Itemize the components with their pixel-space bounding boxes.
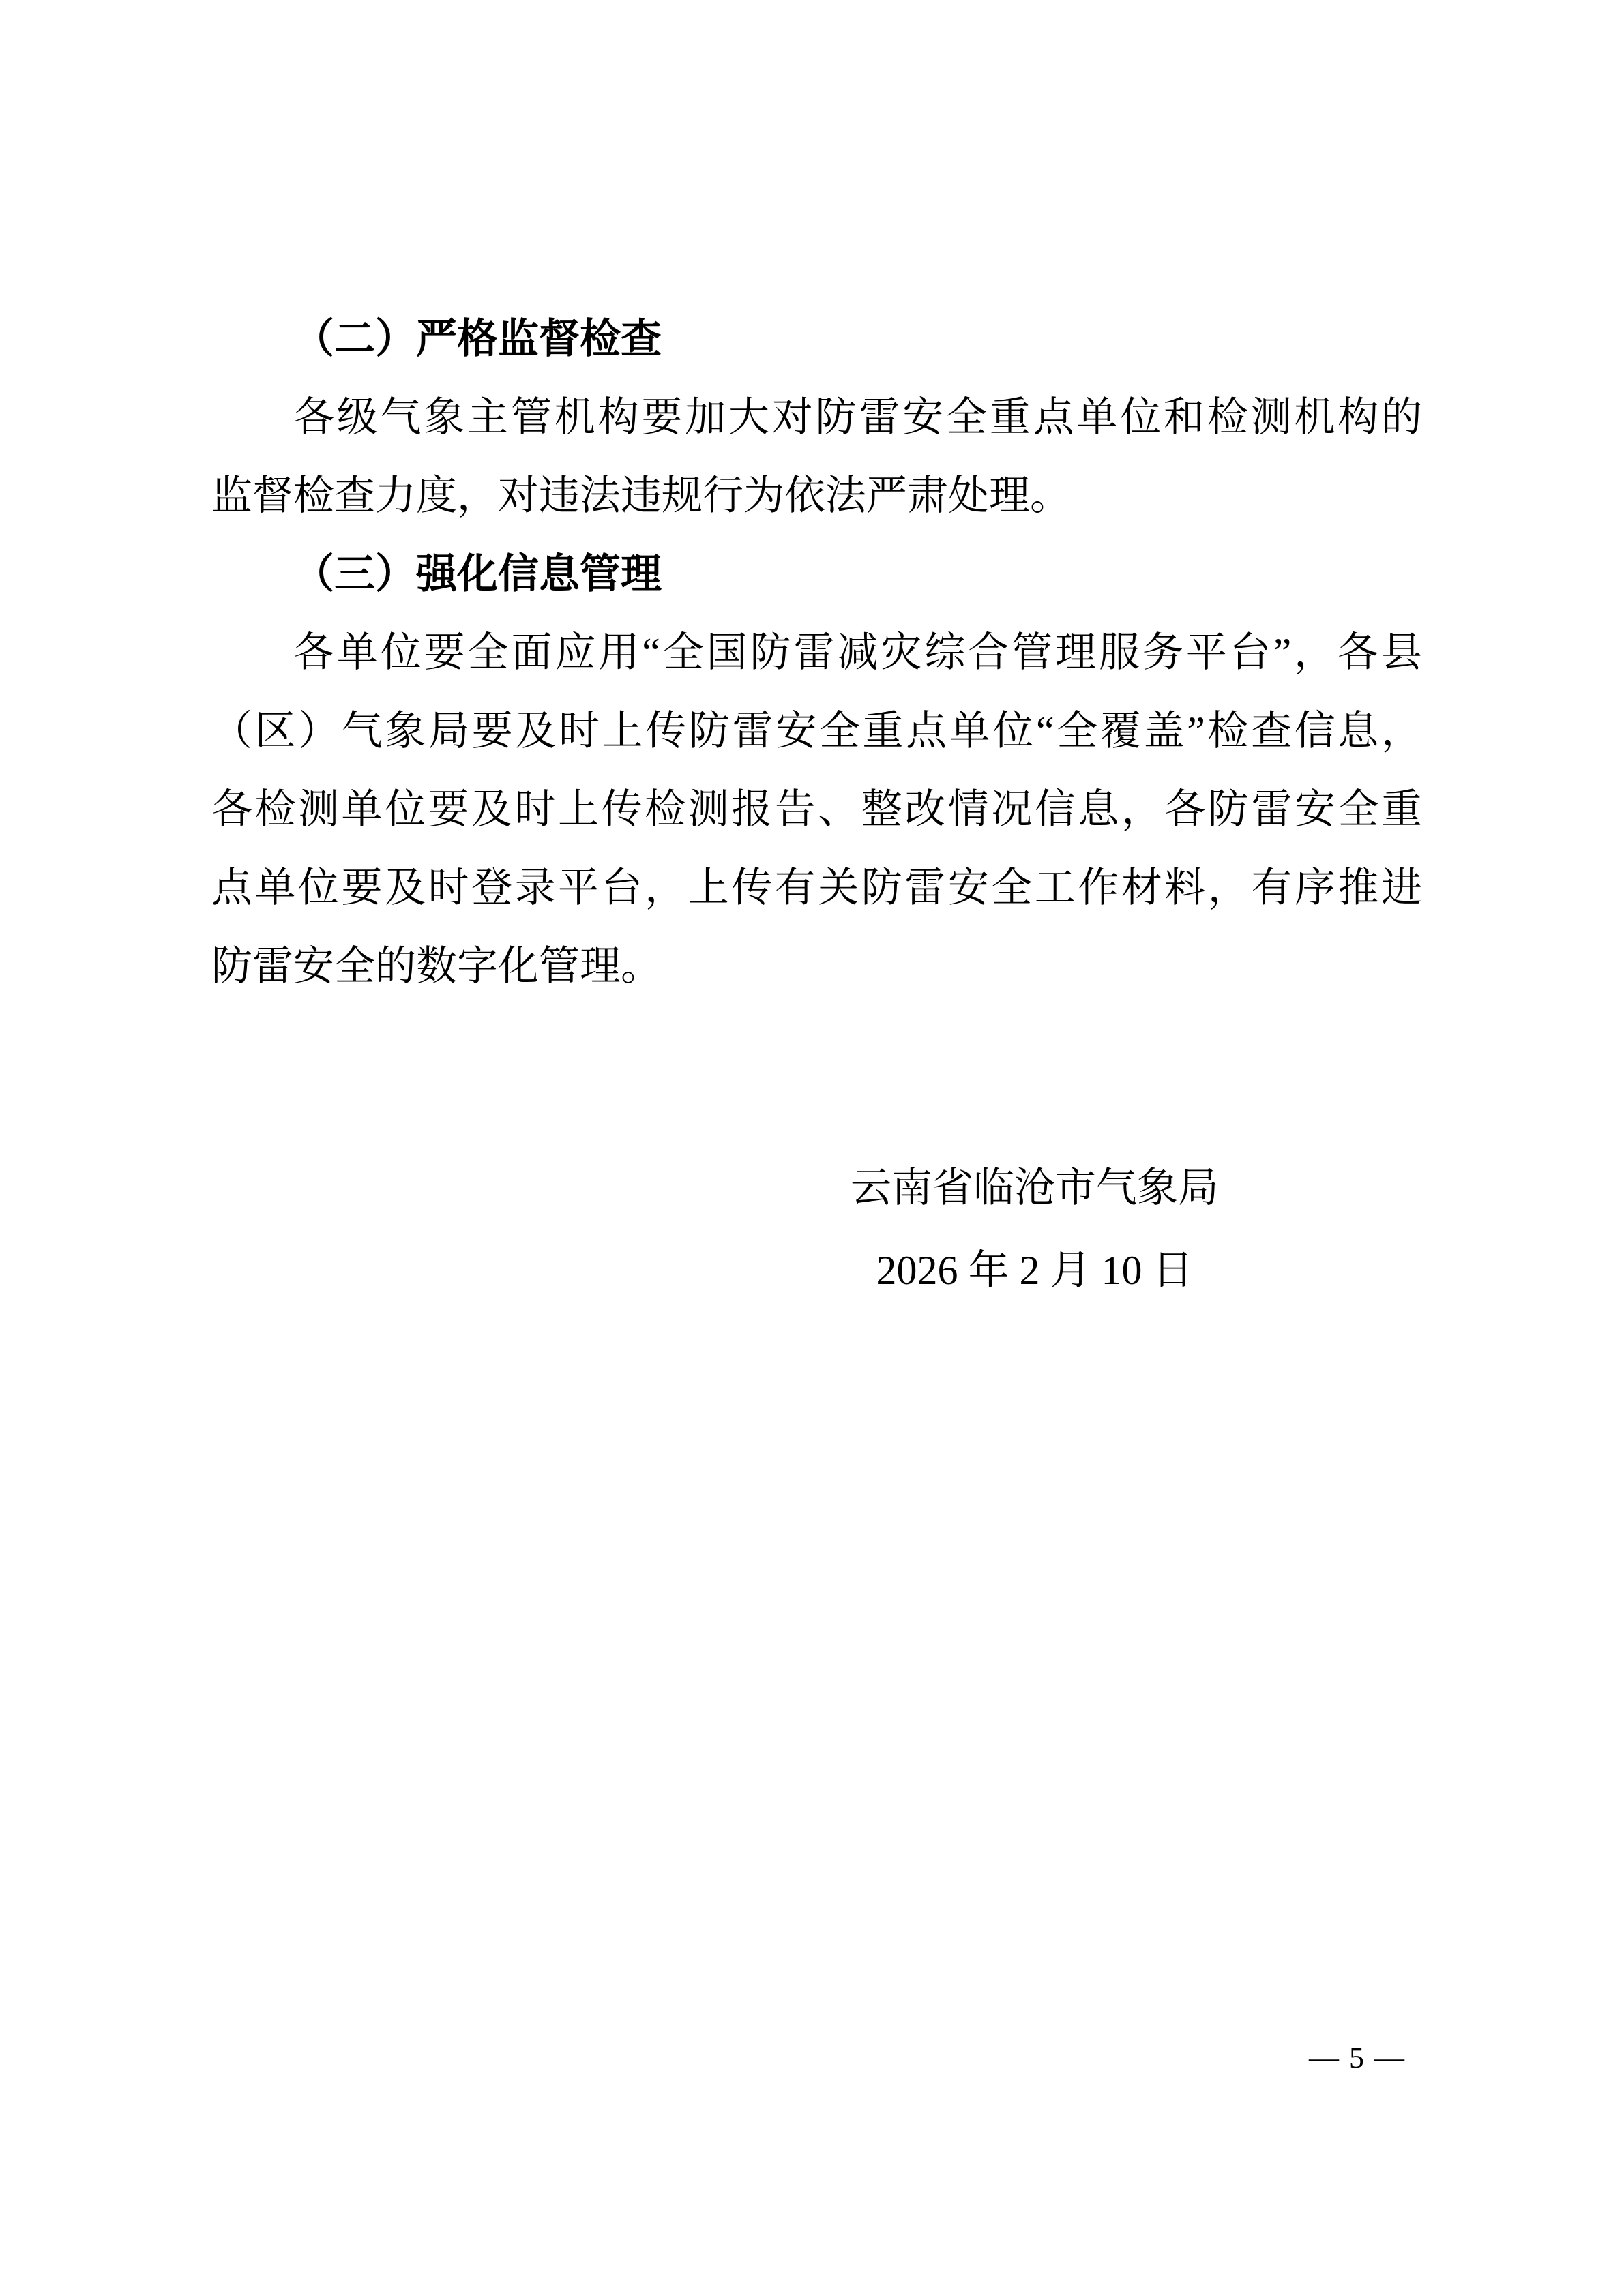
document-page: （二）严格监督检查 各级气象主管机构要加大对防雷安全重点单位和检测机构的 监督检… — [0, 0, 1624, 2296]
section-2-paragraph-line-2: 监督检查力度，对违法违规行为依法严肃处理。 — [211, 457, 1422, 535]
document-body: （二）严格监督检查 各级气象主管机构要加大对防雷安全重点单位和检测机构的 监督检… — [211, 300, 1422, 1006]
section-3-paragraph-line-4: 点单位要及时登录平台，上传有关防雷安全工作材料，有序推进 — [211, 849, 1422, 927]
signature-date: 2026 年 2 月 10 日 — [848, 1229, 1222, 1312]
section-3-paragraph-line-5: 防雷安全的数字化管理。 — [211, 927, 1422, 1006]
section-3-paragraph-line-3: 各检测单位要及时上传检测报告、整改情况信息，各防雷安全重 — [211, 771, 1422, 849]
section-2-paragraph-line-1: 各级气象主管机构要加大对防雷安全重点单位和检测机构的 — [211, 378, 1422, 457]
page-number: — 5 — — [1309, 2040, 1406, 2076]
section-3-paragraph-line-2: （区）气象局要及时上传防雷安全重点单位“全覆盖”检查信息， — [211, 692, 1422, 771]
signature-organization: 云南省临沧市气象局 — [848, 1147, 1222, 1229]
signature-block: 云南省临沧市气象局 2026 年 2 月 10 日 — [848, 1147, 1222, 1312]
section-3-heading: （三）强化信息管理 — [211, 535, 1422, 614]
section-3-paragraph-line-1: 各单位要全面应用“全国防雷减灾综合管理服务平台”，各县 — [211, 614, 1422, 692]
section-2-heading: （二）严格监督检查 — [211, 300, 1422, 378]
